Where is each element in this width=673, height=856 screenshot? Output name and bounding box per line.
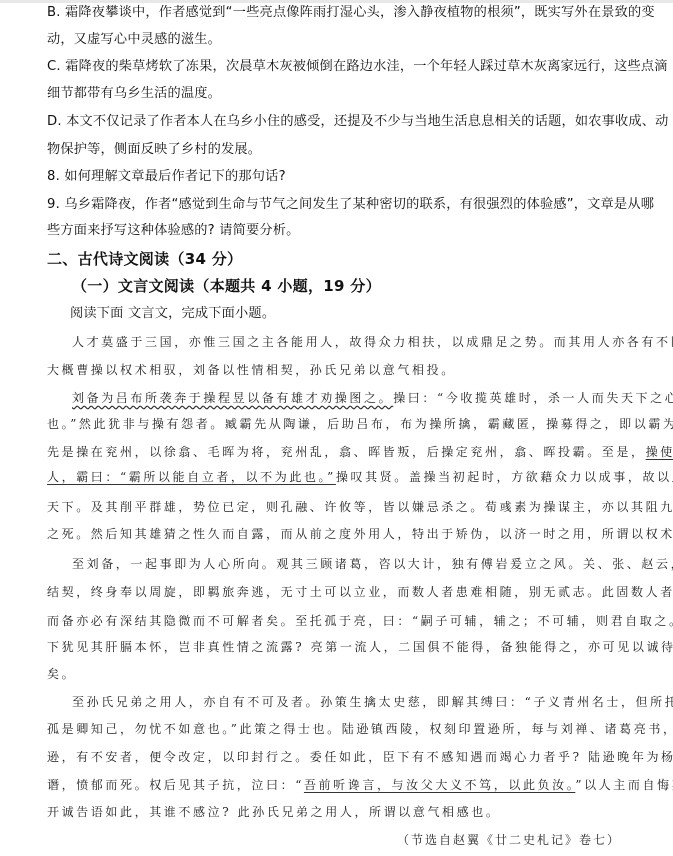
passage-line: 人才莫盛于三国，亦惟三国之主各能用人，故得众力相扶，以成鼎足之势。而其用人亦各有… bbox=[72, 333, 633, 351]
passage-line: 人，霸曰：“霸所以能自立者，以不为此也。”操叹其贤。盖操当初起时，方欲藉众力以成… bbox=[47, 468, 633, 486]
passage-line: 之死。然后知其雄猜之性久而自露，而从前之度外用人，特出于矫伪，以济一时之用，所谓… bbox=[47, 525, 633, 543]
underlined-sentence: 人，霸曰：“霸所以能自立者，以不为此也。” bbox=[47, 470, 336, 484]
instruction: 阅读下面 文言文，完成下面小题。 bbox=[70, 305, 633, 323]
passage-line: 而备亦必有深结其隐微而不可解者矣。至托孤于亮，曰：“嗣子可辅，辅之；不可辅，则君… bbox=[47, 612, 633, 630]
question-9-line-1: 9. 乌乡霜降夜，作者“感觉到生命与节气之间发生了某种密切的联系，有很强烈的体验… bbox=[47, 196, 633, 214]
passage-line: 先是操在兖州，以徐翕、毛晖为将，兖州乱，翕、晖皆叛，后操定兖州，翕、晖投霸。至是… bbox=[47, 443, 633, 461]
passage-line: 矣。 bbox=[47, 665, 633, 683]
passage-line: 天下。及其削平群雄，势位已定，则孔融、许攸等，皆以嫌忌杀之。荀彧素为操谋主，亦以… bbox=[47, 498, 633, 516]
passage-line: 刘备为吕布所袭奔于操程昱以备有雄才劝操图之。操曰：“今收揽英雄时，杀一人而失天下… bbox=[72, 389, 633, 407]
passage-line: 开诚告语如此，其谁不感泣? 此孙氏兄弟之用人，所谓以意气相感也。 bbox=[47, 803, 633, 821]
section-subtitle: （一）文言文阅读（本题共 4 小题，19 分） bbox=[72, 277, 633, 295]
option-c-line-1: C. 霜降夜的柴草烤软了冻果，次晨草木灰被倾倒在路边水洼，一个年轻人踩过草木灰离… bbox=[47, 58, 633, 76]
top-border bbox=[0, 0, 673, 3]
question-8: 8. 如何理解文章最后作者记下的那句话? bbox=[47, 168, 633, 186]
passage-line: 至孙氏兄弟之用人，亦自有不可及者。孙策生擒太史慈，即解其缚曰：“子义青州名士，但… bbox=[72, 693, 633, 711]
passage-line: 谮，愤郁而死。权后见其子抗，泣曰：“吾前听谗言，与汝父大义不笃，以此负汝。”以人… bbox=[47, 776, 633, 794]
passage-line: 下犹见其肝膈本怀，岂非真性情之流露? 亮第一流人，二国俱不能得，备独能得之，亦可… bbox=[47, 638, 633, 656]
wavy-underlined-sentence: 刘备为吕布所袭奔于操程昱以备有雄才劝操图之。 bbox=[72, 391, 393, 405]
underlined-sentence: 吾前听谗言，与汝父大义不笃，以此负汝。 bbox=[304, 778, 575, 792]
underlined-sentence: 操使霸出二 bbox=[646, 445, 673, 459]
option-b-line-1: B. 霜降夜攀谈中，作者感觉到“一些亮点像阵雨打湿心头，渗入静夜植物的根须”，既… bbox=[47, 4, 633, 22]
passage-line: 至刘备，一起事即为人心所向。观其三顾诸葛，咨以大计，独有傅岩爰立之风。关、张、赵… bbox=[72, 555, 633, 573]
option-d-line-2: 物保护等，侧面反映了乡村的发展。 bbox=[47, 141, 633, 159]
passage-line: 也。”然此犹非与操有怨者。臧霸先从陶谦，后助吕布，布为操所擒，霸藏匿，操募得之，… bbox=[47, 415, 633, 433]
passage-line: 孤是卿知己，勿忧不如意也。”此策之得士也。陆逊镇西陵，权刻印置逊所，每与刘禅、诸… bbox=[47, 720, 633, 738]
passage-line: 大概曹操以权术相驭，刘备以性情相契，孙氏兄弟以意气相投。 bbox=[47, 361, 633, 379]
option-b-line-2: 动，又虚写心中灵感的滋生。 bbox=[47, 31, 633, 49]
passage-line: 结契，终身奉以周旋，即羁旅奔逃，无寸土可以立业，而数人者患难相随，别无贰志。此固… bbox=[47, 583, 633, 601]
passage-line: 逊，有不安者，便令改定，以印封行之。委任如此，臣下有不感知遇而竭心力者乎? 陆逊… bbox=[47, 748, 633, 766]
question-9-line-2: 些方面来抒写这种体验感的? 请简要分析。 bbox=[47, 222, 633, 240]
section-title: 二、古代诗文阅读（34 分） bbox=[47, 250, 633, 268]
option-c-line-2: 细节都带有乌乡生活的温度。 bbox=[47, 85, 633, 103]
source-citation: （节选自赵翼《廿二史札记》卷七） bbox=[397, 831, 621, 848]
option-d-line-1: D. 本文不仅记录了作者本人在乌乡小住的感受，还提及不少与当地生活息息相关的话题… bbox=[47, 113, 633, 131]
